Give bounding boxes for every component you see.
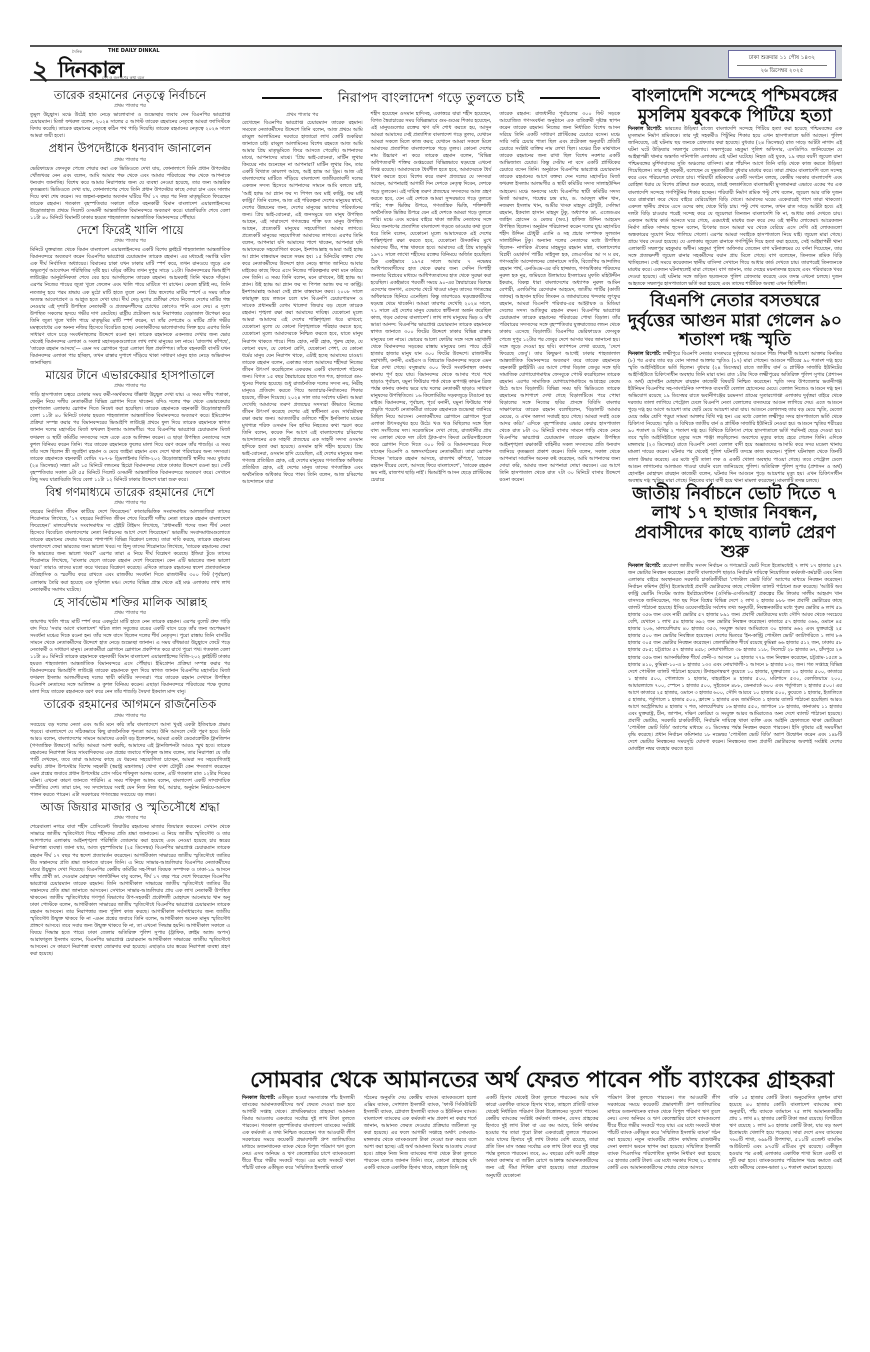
article-headline: তারেক রহমানের আগমনে রাজনৈতিক: [30, 698, 230, 711]
newspaper-logo: দৈনিক THE DAILY DINKAL দিনকাল দেশ ও জনগণ…: [58, 47, 183, 81]
article-body: সবচেয়ে বড় দলের নেতা এবং আমি মনে করি তা…: [30, 722, 230, 800]
article-column: গঠনের অনুমতি দেয় কেন্দ্রীয় ব্যাংক। ব্য…: [364, 1095, 477, 1180]
article-text: লক্ষ্মীপুরে বিএনপি নেতার বসতঘরে দুর্বৃত্…: [628, 351, 842, 484]
continued-label: প্রথম পাতার পর: [30, 713, 230, 721]
lead-article-columns: প্রথম পাতার পর রেখেছেন বিএনপির ভারপ্রাপ্…: [242, 111, 620, 486]
divider: [262, 97, 322, 99]
bottom-article-columns: দিনকাল রিপোর্ট: একীভূত হওয়া সমস্যাগ্রস্…: [242, 1095, 842, 1180]
continued-label: প্রথম পাতার পর: [30, 610, 230, 618]
article: বিএনপি নেতার বসতঘরে দুর্বৃত্তের আগুন মার…: [628, 288, 842, 485]
article-body: ভেরিফায়েড ফেসবুক পেজে শেয়ার করা এক ভিড…: [30, 166, 230, 222]
article-headline: দেশে ফিরেই খালি পায়ে: [30, 224, 230, 237]
article-text: ত্রয়োদশ জাতীয় সংসদ নির্বাচন ও গণভোটে ভ…: [628, 563, 842, 752]
newspaper-page: ২ দৈনিক THE DAILY DINKAL দিনকাল দেশ ও জন…: [30, 45, 842, 1330]
article-text: ভারতের উড়িষ্যা রাজ্যে বাংলাদেশি সন্দেহে…: [628, 126, 842, 287]
continued-label: প্রথম পাতার পর: [30, 383, 230, 391]
article-column: পরিমাণ টাকা তুলতে পারবেন। গত আওয়ামী লীগ…: [607, 1095, 720, 1180]
article: বাংলাদেশি সন্দেহে পশ্চিমবঙ্গের মুসলিম যু…: [628, 87, 842, 288]
article-column: বাকি ১৫ হাজার কোটি টাকা। অনুমোদিত মূলধন …: [729, 1095, 842, 1180]
byline: দিনকাল রিপোর্ট:: [628, 563, 661, 569]
byline: দিনকাল রিপোর্ট:: [628, 351, 661, 357]
article-body: দিনকাল রিপোর্ট: ত্রয়োদশ জাতীয় সংসদ নির…: [628, 563, 842, 753]
article-column: দিনকাল রিপোর্ট: একীভূত হওয়া সমস্যাগ্রস্…: [242, 1095, 355, 1180]
article-text: একীভূত হওয়া সমস্যাগ্রস্ত পাঁচ ইসলামী ব্…: [242, 1095, 355, 1171]
article-headline: প্রধান উপদেষ্টাকে ধন্যবাদ জানালেন: [30, 142, 230, 155]
byline: দিনকাল রিপোর্ট:: [628, 126, 662, 132]
article-body: দিনকাল রিপোর্ট: লক্ষ্মীপুরে বিএনপি নেতার…: [628, 351, 842, 485]
tagline: দেশ ও জনগণের কথা বলে: [102, 75, 144, 82]
logo-bangla: দিনকাল: [58, 53, 123, 90]
article-headline: বাংলাদেশি সন্দেহে পশ্চিমবঙ্গের মুসলিম যু…: [628, 87, 842, 126]
masthead: ২ দৈনিক THE DAILY DINKAL দিনকাল দেশ ও জন…: [30, 45, 842, 81]
article: জাতীয় নির্বাচনে ভোট দিতে ৭ লাখ ১৭ হাজার…: [628, 485, 842, 753]
continued-label: প্রথম পাতার পর: [30, 500, 230, 508]
article: তারেক রহমানের আগমনে রাজনৈতিক প্রথম পাতার…: [30, 698, 230, 799]
article: তারেক রহমানের নেতৃত্বে নির্বাচনে প্রথম প…: [30, 89, 230, 140]
right-column: বাংলাদেশি সন্দেহে পশ্চিমবঙ্গের মুসলিম যু…: [628, 87, 842, 753]
article-body: শেরেবাংলা নগরে বাবা শহীদ প্রেসিডেন্ট জিয…: [30, 824, 230, 958]
article: মায়ের টানে এভারকেয়ার হাসপাতালে প্রথম প…: [30, 369, 230, 484]
article-column: শহীদ হয়েছেন ওসমান হাদিসহ, একাত্তরে যারা…: [371, 111, 492, 486]
article-headline: আজ জিয়ার মাজার ও স্মৃতিসৌধে শ্রদ্ধা: [30, 801, 230, 814]
article-headline: হে সার্বভৌম শক্তির মালিক আল্লাহ: [30, 596, 230, 609]
article-column: একটি হিসাব থেকেই টাকা তুলতে পারবেন। আর য…: [486, 1095, 599, 1180]
article-headline: মায়ের টানে এভারকেয়ার হাসপাতালে: [30, 369, 230, 382]
date-gregorian: ২৬ ডিসেম্বর ২০২৫: [729, 66, 835, 76]
continued-label: প্রথম পাতার পর: [30, 815, 230, 823]
article-headline: জাতীয় নির্বাচনে ভোট দিতে ৭ লাখ ১৭ হাজার…: [628, 485, 842, 563]
article: বিশ্ব গণমাধ্যমে তারেক রহমানের দেশে প্রথম…: [30, 486, 230, 594]
article: প্রধান উপদেষ্টাকে ধন্যবাদ জানালেন প্রথম …: [30, 142, 230, 222]
article-body: দিনকাল রিপোর্ট: ভারতের উড়িষ্যা রাজ্যে ব…: [628, 126, 842, 288]
article-body: তুমুল উচ্ছ্বাস। মঞ্চে উঠেই হাত নেড়ে ভাল…: [30, 112, 230, 140]
lead-headline-row: নিরাপদ বাংলাদেশ গড়ে তুলতে চাই: [242, 87, 620, 109]
article-body: বছরের নির্বাসিত জীবন কাটিয়ে দেশে ফিরেছে…: [30, 509, 230, 594]
continued-label: প্রথম পাতার পর: [30, 238, 230, 246]
divider: [540, 97, 600, 99]
continued-label: প্রথম পাতার পর: [30, 103, 230, 111]
article-headline: বিশ্ব গণমাধ্যমে তারেক রহমানের দেশে: [30, 486, 230, 499]
article-column: তারেক রহমান: রাজধানীর পূর্বাচলের ৩০০ ফিট…: [499, 111, 620, 486]
continued-label: প্রথম পাতার পর: [30, 157, 230, 165]
article: দেশে ফিরেই খালি পায়ে প্রথম পাতার পর মিন…: [30, 224, 230, 367]
article-body: রেখেছেন বিএনপির ভারপ্রাপ্ত চেয়ারম্যান ত…: [242, 120, 363, 486]
continued-label: প্রথম পাতার পর: [242, 112, 363, 119]
article-body: গাড়ি হাসপাতাল চত্বরে ঢোকার সময় কর্মী-স…: [30, 392, 230, 484]
article-headline: বিএনপি নেতার বসতঘরে দুর্বৃত্তের আগুন মার…: [628, 292, 842, 351]
left-column: তারেক রহমানের নেতৃত্বে নির্বাচনে প্রথম প…: [30, 87, 230, 958]
article-body: মিনিটে যুক্তরাজ্য থেকে বিমান বাংলাদেশ এয…: [30, 247, 230, 367]
lead-headline: নিরাপদ বাংলাদেশ গড়ে তুলতে চাই: [338, 90, 524, 106]
article-headline: তারেক রহমানের নেতৃত্বে নির্বাচনে: [30, 89, 230, 102]
date-bangla: ঢাকা শুক্রবার ১১ পৌষ ১৪৩২: [737, 51, 827, 66]
byline: দিনকাল রিপোর্ট:: [242, 1095, 275, 1101]
middle-column: নিরাপদ বাংলাদেশ গড়ে তুলতে চাই প্রথম পাত…: [242, 87, 620, 486]
date-box: ঢাকা শুক্রবার ১১ পৌষ ১৪৩২ ২৬ ডিসেম্বর ২০…: [728, 50, 836, 78]
article: আজ জিয়ার মাজার ও স্মৃতিসৌধে শ্রদ্ধা প্র…: [30, 801, 230, 958]
article-body: জায়গায় খালি পায়ে মাটি স্পর্শ করে একমু…: [30, 619, 230, 697]
article-column: প্রথম পাতার পর রেখেছেন বিএনপির ভারপ্রাপ্…: [242, 111, 363, 486]
article: হে সার্বভৌম শক্তির মালিক আল্লাহ প্রথম পা…: [30, 596, 230, 697]
